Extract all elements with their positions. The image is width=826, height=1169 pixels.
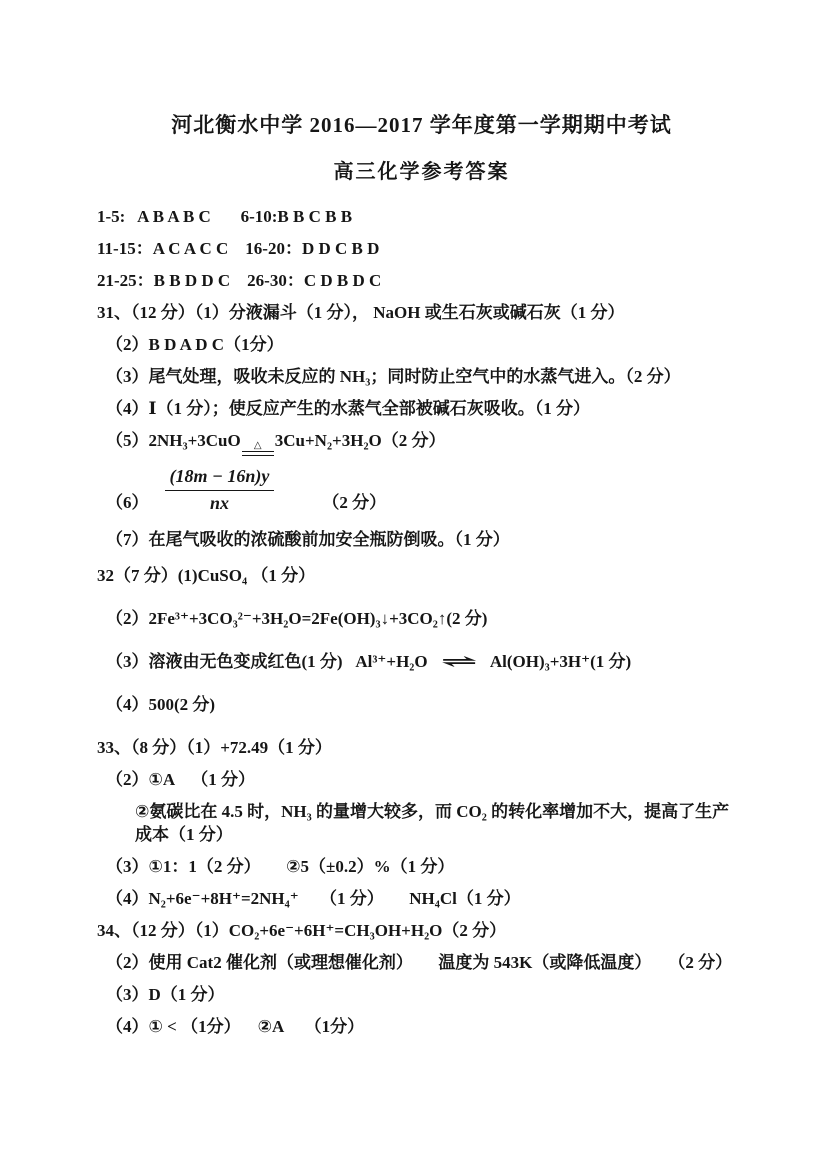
q31-equation-right: 3Cu+N₂+3H₂O（2 分） <box>275 431 446 450</box>
q32-answer-4: （4）500(2 分) <box>97 693 746 716</box>
delta-heat-icon: △ <box>254 441 262 450</box>
mc-answers-1-10: 1-5: A B A B C 6-10:B B C B B <box>97 205 746 228</box>
answer-content: 1-5: A B A B C 6-10:B B C B B 11-15：A C … <box>97 205 746 1038</box>
q33-answer-4: （4）N₂+6e⁻+8H⁺=2NH₄⁺ （1 分） NH₄Cl（1 分） <box>97 887 746 910</box>
equilibrium-arrow-icon: ⇌ <box>440 650 477 673</box>
q32-3-left: （3）溶液由无色变成红色(1 分) Al³⁺+H₂O <box>106 652 428 671</box>
page-title: 河北衡水中学 2016—2017 学年度第一学期期中考试 <box>97 112 746 138</box>
fraction-denominator: nx <box>210 491 229 514</box>
q31-answer-6-fraction: （6） (18m − 16n)y nx （2 分） <box>97 465 746 514</box>
q31-answer-5-equation: （5）2NH₃+3CuO△3Cu+N₂+3H₂O（2 分） <box>97 429 746 456</box>
q33-heading-answer: 33、（8 分）（1）+72.49（1 分） <box>97 736 746 759</box>
q34-heading-answer: 34、（12 分）（1）CO₂+6e⁻+6H⁺=CH₃OH+H₂O（2 分） <box>97 919 746 942</box>
q31-heading-answer: 31、（12 分）（1）分液漏斗（1 分）， NaOH 或生石灰或碱石灰（1 分… <box>97 301 746 324</box>
q31-6-label: （6） <box>106 491 149 514</box>
q33-answer-3: （3）①1：1（2 分） ②5（±0.2）%（1 分） <box>97 855 746 878</box>
q34-answer-4: （4）① < （1分） ②A （1分） <box>97 1015 746 1038</box>
q32-heading-answer: 32（7 分）(1)CuSO₄ （1 分） <box>97 564 746 587</box>
q31-6-score: （2 分） <box>322 491 386 514</box>
fraction-expression: (18m − 16n)y nx <box>165 465 275 514</box>
double-line <box>242 451 274 456</box>
mc-answers-21-30: 21-25：B B D D C 26-30：C D B D C <box>97 269 746 292</box>
q32-3-right: Al(OH)₃+3H⁺(1 分) <box>490 652 631 671</box>
q31-answer-4: （4）Ⅰ（1 分）；使反应产生的水蒸气全部被碱石灰吸收。（1 分） <box>97 397 746 420</box>
q32-answer-3-equilibrium: （3）溶液由无色变成红色(1 分) Al³⁺+H₂O⇌Al(OH)₃+3H⁺(1… <box>97 650 746 673</box>
q33-answer-2: （2）①A （1 分） <box>97 768 746 791</box>
q31-answer-7: （7）在尾气吸收的浓硫酸前加安全瓶防倒吸。（1 分） <box>97 528 746 551</box>
q32-answer-2: （2）2Fe³⁺+3CO₃²⁻+3H₂O=2Fe(OH)₃↓+3CO₂↑(2 分… <box>97 607 746 630</box>
page-subtitle: 高三化学参考答案 <box>97 159 746 185</box>
document-page: 河北衡水中学 2016—2017 学年度第一学期期中考试 高三化学参考答案 1-… <box>0 0 826 1169</box>
q34-answer-3: （3）D（1 分） <box>97 983 746 1006</box>
mc-answers-11-20: 11-15：A C A C C 16-20：D D C B D <box>97 237 746 260</box>
fraction-numerator: (18m − 16n)y <box>165 465 275 491</box>
heated-equals-sign: △ <box>242 441 274 456</box>
q34-answer-2: （2）使用 Cat2 催化剂（或理想催化剂） 温度为 543K（或降低温度） （… <box>97 951 746 974</box>
q31-answer-2: （2）B D A D C（1分） <box>97 333 746 356</box>
q31-equation-left: （5）2NH₃+3CuO <box>106 431 241 450</box>
q31-answer-3: （3）尾气处理，吸收未反应的 NH₃；同时防止空气中的水蒸气进入。（2 分） <box>97 365 746 388</box>
q33-answer-2-sub2: ②氨碳比在 4.5 时，NH₃ 的量增大较多，而 CO₂ 的转化率增加不大，提高… <box>97 800 746 846</box>
